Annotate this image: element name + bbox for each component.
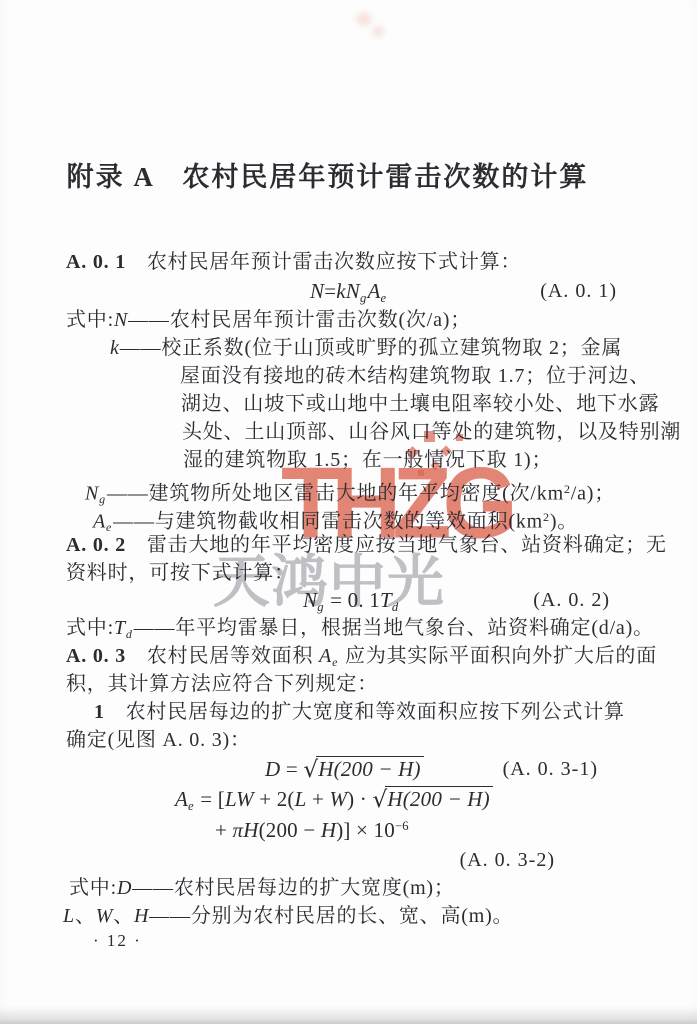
definition-k-line3: 湖边、山坡下或山地中土壤电阻率较小处、地下水露 xyxy=(181,392,659,416)
heading-a02-line2: 资料时，可按下式计算： xyxy=(66,561,295,585)
definition-d: 式中:D——农村民居每边的扩大宽度(m)； xyxy=(69,876,455,900)
definition-k-line5: 湿的建筑物取 1.5；在一般情况下取 1)； xyxy=(183,448,552,472)
formula-a032-number-line: (A. 0. 3-2) xyxy=(0,848,697,876)
formula-a032-number: (A. 0. 3-2) xyxy=(460,849,555,872)
definition-k-line2: 屋面没有接地的砖木结构建筑物取 1.7；位于河边、 xyxy=(180,364,650,388)
heading-a02-line1: A. 0. 2 雷击大地的年平均密度应按当地气象台、站资料确定；无 xyxy=(66,533,667,557)
formula-a031-expression: D = √H(200 − H) xyxy=(265,757,424,783)
page-number: · 12 · xyxy=(93,931,142,951)
formula-a02-expression: Ng = 0. 1Td xyxy=(303,588,399,615)
formula-a031-number: (A. 0. 3-1) xyxy=(503,758,598,781)
definition-k-line4: 头处、土山顶部、山谷风口等处的建筑物，以及特别潮 xyxy=(182,420,681,444)
heading-a03-line2: 积，其计算方法应符合下列规定： xyxy=(66,672,378,696)
definition-lwh: L、W、H——分别为农村民居的长、宽、高(m)。 xyxy=(63,904,513,928)
formula-a031: D = √H(200 − H) (A. 0. 3-1) xyxy=(0,757,697,785)
heading-a03-line1: A. 0. 3 农村民居等效面积 Ae 应为其实际平面积向外扩大后的面 xyxy=(66,644,657,674)
document-page: THZG 天鸿中光 附录 A 农村民居年预计雷击次数的计算 A. 0. 1 农村… xyxy=(0,0,697,1024)
formula-a032-expression-line2: + πH(200 − H)] × 10−6 xyxy=(215,818,409,843)
definition-td: 式中:Td——年平均雷暴日，根据当地气象台、站资料确定(d/a)。 xyxy=(66,616,654,646)
formula-a02: Ng = 0. 1Td (A. 0. 2) xyxy=(0,588,697,616)
definition-n: 式中:N——农村民居年预计雷击次数(次/a)； xyxy=(66,308,471,332)
list-item-1-line2: 确定(见图 A. 0. 3)： xyxy=(66,728,251,752)
formula-a032-expression-line1: Ae = [LW + 2(L + W) · √H(200 − H) xyxy=(175,787,493,814)
formula-a032-line2: + πH(200 − H)] × 10−6 xyxy=(0,818,697,846)
text-layer: 附录 A 农村民居年预计雷击次数的计算 A. 0. 1 农村民居年预计雷击次数应… xyxy=(0,0,697,1024)
list-item-1-line1: 1 农村民居每边的扩大宽度和等效面积应按下列公式计算 xyxy=(94,700,625,724)
appendix-title: 附录 A 农村民居年预计雷击次数的计算 xyxy=(0,155,655,194)
formula-a01-expression: N=kNgAe xyxy=(310,279,387,306)
formula-a02-number: (A. 0. 2) xyxy=(533,589,610,612)
formula-a01-number: (A. 0. 1) xyxy=(540,280,617,303)
definition-k-line1: k——校正系数(位于山顶或旷野的孤立建筑物取 2；金属 xyxy=(110,336,622,360)
formula-a01: N=kNgAe (A. 0. 1) xyxy=(0,279,697,307)
formula-a032-line1: Ae = [LW + 2(L + W) · √H(200 − H) xyxy=(0,787,697,815)
heading-a01: A. 0. 1 农村民居年预计雷击次数应按下式计算： xyxy=(66,250,521,274)
